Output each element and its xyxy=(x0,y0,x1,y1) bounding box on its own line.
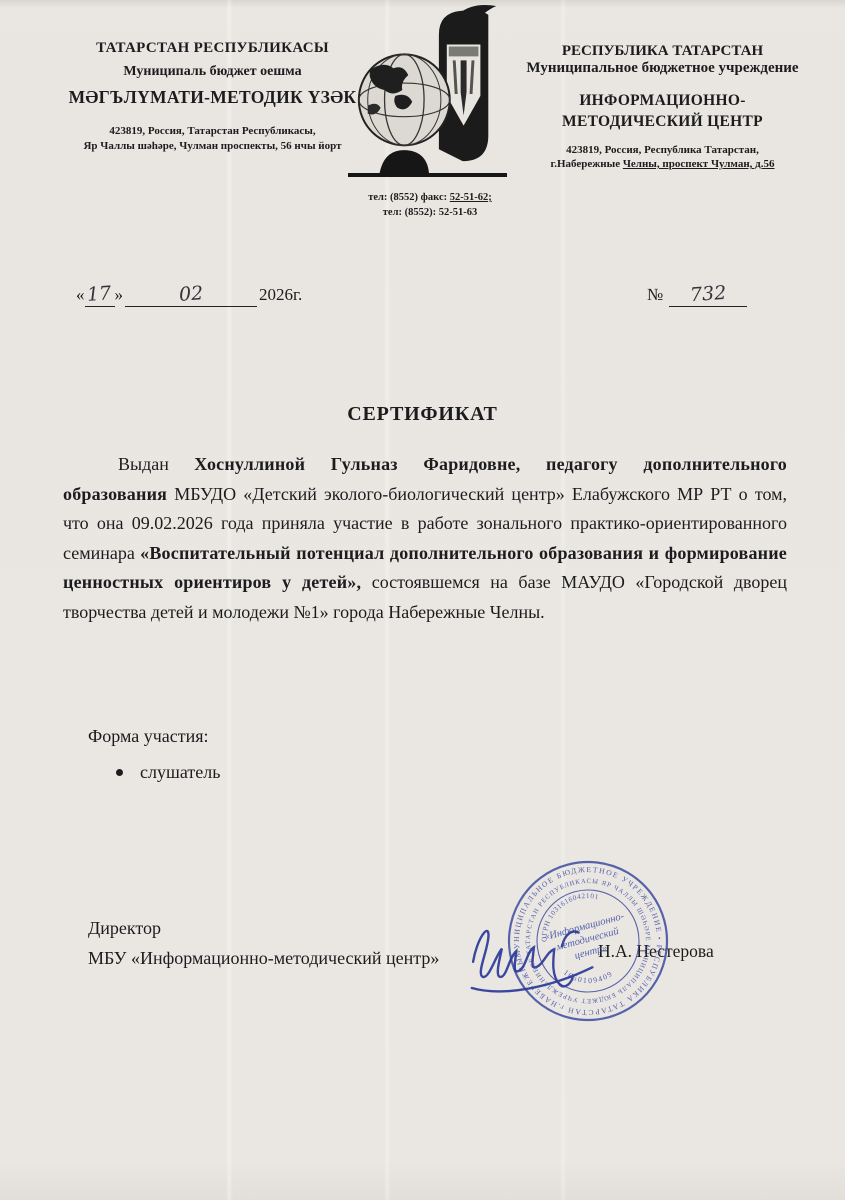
letterhead-right: РЕСПУБЛИКА ТАТАРСТАН Муниципальное бюдже… xyxy=(505,43,820,171)
phone-line: тел: (8552): 52-51-63 xyxy=(340,205,520,220)
certificate-title: СЕРТИФИКАТ xyxy=(0,403,845,426)
letterhead-left: ТАТАРСТАН РЕСПУБЛИКАСЫ Муниципаль бюджет… xyxy=(55,40,370,154)
signature-ink-icon xyxy=(462,893,612,1003)
phone-fax-line: тел: (8552) факс: 52-51-62; xyxy=(340,190,520,205)
signature xyxy=(462,893,612,1003)
org-name-tatar-line2: МӘГЪЛҮМАТИ-МЕТОДИК ҮЗӘК xyxy=(55,87,370,108)
signer-position-line1: Директор xyxy=(88,913,439,943)
letterhead-divider xyxy=(348,173,507,177)
org-region-rus: РЕСПУБЛИКА ТАТАРСТАН xyxy=(505,43,820,60)
participation-item: слушатель xyxy=(116,758,220,786)
org-type-tatar: Муниципаль бюджет оешма xyxy=(55,64,370,80)
org-address-rus: 423819, Россия, Республика Татарстан, г.… xyxy=(505,143,820,171)
org-address-tatar: 423819, Россия, Татарстан Республикасы, … xyxy=(55,124,370,154)
certificate-body: Выдан Хоснуллиной Гульназ Фаридовне, пед… xyxy=(63,450,787,627)
signature-section: Директор МБУ «Информационно-методический… xyxy=(88,913,439,973)
certificate-page: ТАТАРСТАН РЕСПУБЛИКАСЫ Муниципаль бюджет… xyxy=(0,0,845,1200)
signer-position-line2: МБУ «Информационно-методический центр» xyxy=(88,943,439,973)
handwritten-month: 02 xyxy=(178,282,204,306)
handwritten-number: 732 xyxy=(689,282,727,306)
org-name-rus: ИНФОРМАЦИОННО- МЕТОДИЧЕСКИЙ ЦЕНТР xyxy=(505,90,820,132)
year-label: 2026г. xyxy=(259,285,302,304)
date-line: «17»022026г. №732 xyxy=(0,283,845,319)
phone-block: тел: (8552) факс: 52-51-62; тел: (8552):… xyxy=(340,190,520,220)
globe-pen-logo xyxy=(355,5,505,173)
date-field: «17»022026г. xyxy=(76,283,302,307)
bullet-icon xyxy=(116,769,123,776)
handwritten-day: 17 xyxy=(87,282,113,306)
participation-section: Форма участия: слушатель xyxy=(88,722,220,786)
globe-pen-logo-icon xyxy=(355,5,505,173)
document-number-field: №732 xyxy=(647,283,747,307)
number-sign: № xyxy=(647,285,663,304)
org-name-tatar-line1: ТАТАРСТАН РЕСПУБЛИКАСЫ xyxy=(55,40,370,57)
org-type-rus: Муниципальное бюджетное учреждение xyxy=(505,60,820,77)
participation-label: Форма участия: xyxy=(88,722,220,750)
